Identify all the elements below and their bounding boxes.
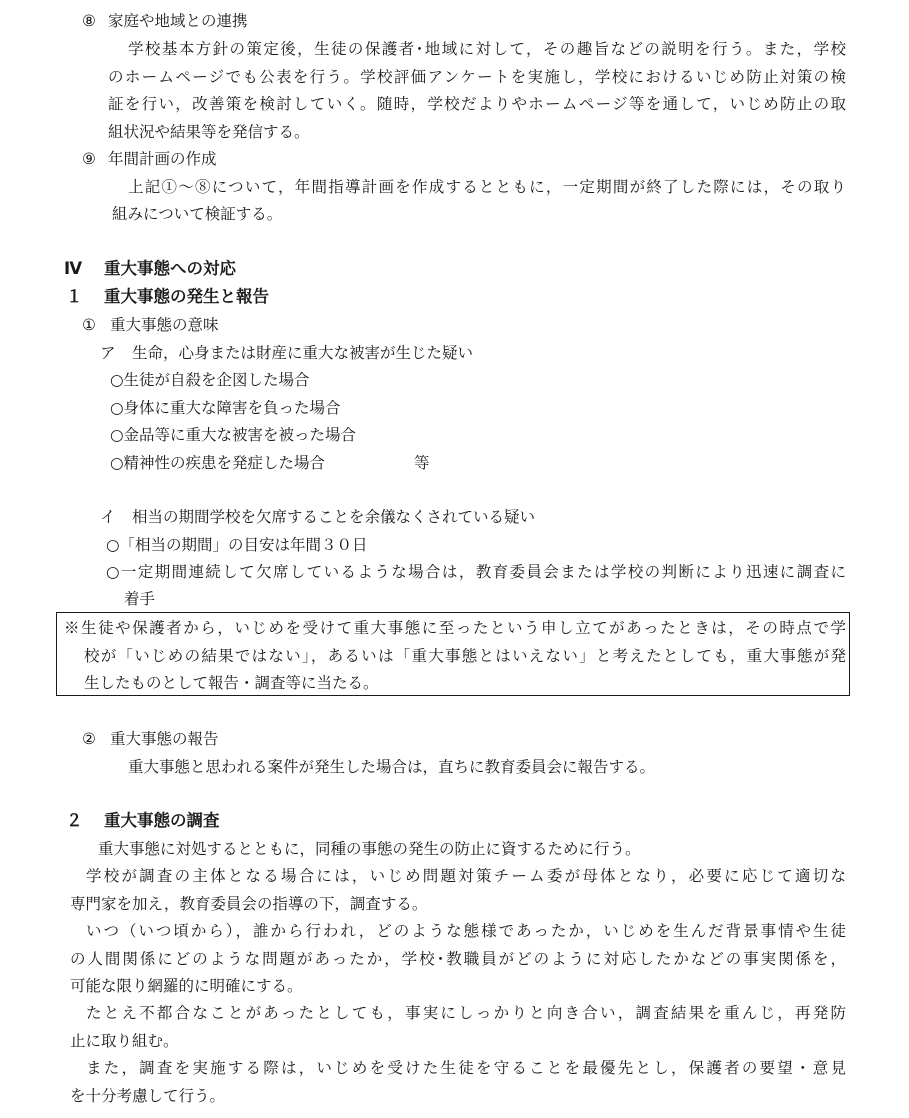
sub-i-bullet-continued: 着手 xyxy=(124,589,155,609)
section-9-title: 年間計画の作成 xyxy=(108,149,217,169)
part-2-paragraph-continued: 可能な限り網羅的に明確にする。 xyxy=(70,976,303,996)
sub-a-label: ア xyxy=(100,343,116,363)
part-2-number: ２ xyxy=(66,811,83,831)
sub-a-bullet: ○生徒が自殺を企図した場合 xyxy=(110,370,310,390)
section-9-text-line: 組みについて検証する。 xyxy=(112,204,282,224)
section-9-number: ⑨ xyxy=(82,149,96,169)
item-2-number: ② xyxy=(82,729,96,749)
part-2-paragraph-continued: の人間関係にどのような問題があったか，学校･教職員がどのように対応したかなどの事… xyxy=(70,949,846,969)
section-9-text-line: 上記①～⑧について，年間指導計画を作成するとともに，一定期間が終了した際には，そ… xyxy=(128,177,846,197)
sub-a-text: 生命，心身または財産に重大な被害が生じた疑い xyxy=(132,343,473,363)
sub-i-bullet: ○「相当の期間」の目安は年間３０日 xyxy=(106,535,368,555)
notice-line: ※生徒や保護者から，いじめを受けて重大事態に至ったという申し立てがあったときは，… xyxy=(64,618,846,638)
sub-a-bullet: ○身体に重大な障害を負った場合 xyxy=(110,398,341,418)
sub-i-bullet: ○一定期間連続して欠席しているような場合は，教育委員会または学校の判断により迅速… xyxy=(106,562,846,582)
item-2-title: 重大事態の報告 xyxy=(110,729,219,749)
sub-a-bullet: ○金品等に重大な被害を被った場合 xyxy=(110,425,356,445)
part-1-number: １ xyxy=(66,287,83,307)
notice-line: 生したものとして報告・調査等に当たる。 xyxy=(84,673,379,693)
sub-i-text: 相当の期間学校を欠席することを余儀なくされている疑い xyxy=(132,507,535,527)
part-2-paragraph-continued: 専門家を加え，教育委員会の指導の下，調査する。 xyxy=(70,894,427,914)
part-2-paragraph-continued: 止に取り組む。 xyxy=(70,1031,179,1051)
part-2-paragraph: たとえ不都合なことがあったとしても，事実にしっかりと向き合い，調査結果を重んじ，… xyxy=(86,1003,846,1023)
section-8-text-line: 組状況や結果等を発信する。 xyxy=(108,122,310,142)
sub-a-bullet: ○精神性の疾患を発症した場合 xyxy=(110,453,325,473)
item-1-number: ① xyxy=(82,315,96,335)
section-8-text-line: 証を行い，改善策を検討していく。随時，学校だよりやホームページ等を通して，いじめ… xyxy=(108,94,846,114)
section-8-text-line: のホームページでも公表を行う。学校評価アンケートを実施し，学校におけるいじめ防止… xyxy=(108,67,846,87)
item-2-text: 重大事態と思われる案件が発生した場合は，直ちに教育委員会に報告する。 xyxy=(128,757,655,777)
part-2-paragraph: 重大事態に対処するとともに，同種の事態の発生の防止に資するために行う。 xyxy=(98,839,641,859)
part-2-paragraph: また，調査を実施する際は，いじめを受けた生徒を守ることを最優先とし，保護者の要望… xyxy=(86,1058,846,1078)
item-1-title: 重大事態の意味 xyxy=(110,315,219,335)
part-2-paragraph: いつ（いつ頃から），誰から行われ，どのような態様であったか，いじめを生んだ背景事… xyxy=(86,921,846,941)
part-2-title: 重大事態の調査 xyxy=(104,811,220,831)
section-8-text-line: 学校基本方針の策定後，生徒の保護者･地域に対して，その趣旨などの説明を行う。また… xyxy=(128,39,846,59)
notice-line: 校が「いじめの結果ではない」，あるいは「重大事態とはいえない」と考えたとしても，… xyxy=(84,646,846,666)
sub-a-etc: 等 xyxy=(414,453,430,473)
part-2-paragraph-continued: を十分考慮して行う。 xyxy=(70,1086,225,1106)
section-8-number: ⑧ xyxy=(82,11,96,31)
sub-i-label: イ xyxy=(100,507,116,527)
part-1-title: 重大事態の発生と報告 xyxy=(104,287,269,307)
chapter-4-title: 重大事態への対応 xyxy=(104,259,236,279)
chapter-4-number: Ⅳ xyxy=(64,259,82,279)
section-8-title: 家庭や地域との連携 xyxy=(108,11,248,31)
part-2-paragraph: 学校が調査の主体となる場合には，いじめ問題対策チーム委が母体となり，必要に応じて… xyxy=(86,866,846,886)
